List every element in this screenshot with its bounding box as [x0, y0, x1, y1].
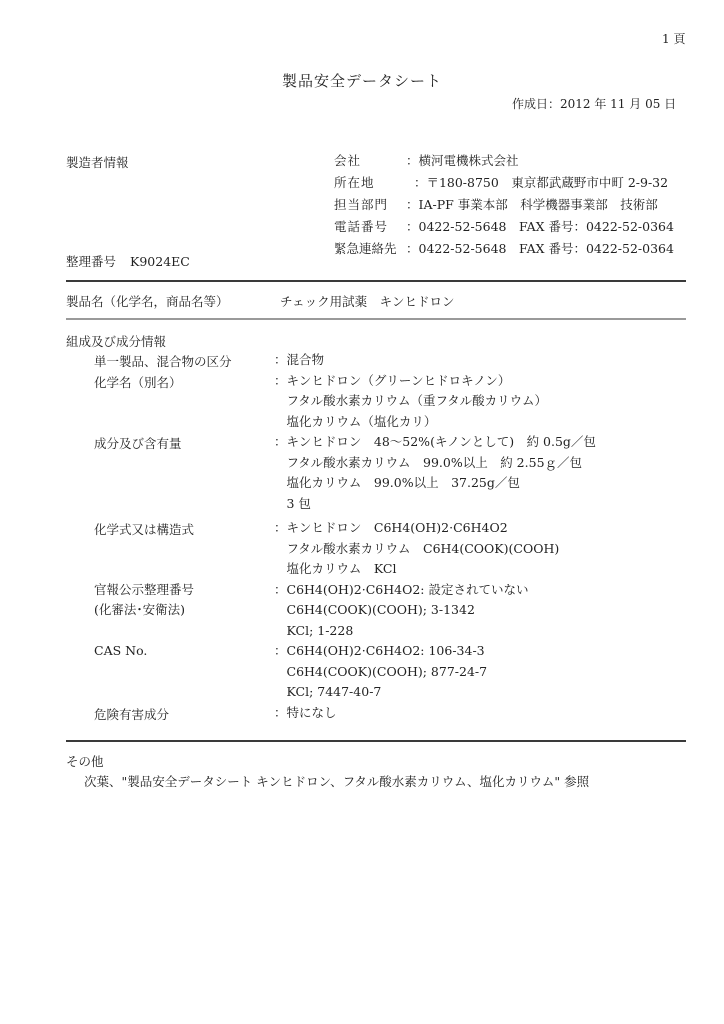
composition-key: 単一製品、混合物の区分 — [94, 352, 274, 373]
other-section-text: 次葉、"製品安全データシート キンヒドロン、フタル酸水素カリウム、塩化カリウム"… — [84, 772, 589, 790]
manufacturer-value: ：IA-PF 事業本部 科学機器事業部 技術部 — [406, 197, 658, 219]
composition-item-cas-number: CAS No. ：C6H4(OH)2·C6H4O2: 106-34-3 C6H4… — [94, 643, 596, 705]
product-name-row: 製品名（化学名，商品名等） チェック用試薬 キンヒドロン — [66, 292, 229, 310]
composition-value: ：C6H4(OH)2·C6H4O2: 設定されていない — [274, 582, 528, 603]
composition-item-classification: 単一製品、混合物の区分 ：混合物 — [94, 352, 596, 373]
manufacturer-info: 会社 ：横河電機株式会社 所在地 ：〒180-8750 東京都武蔵野市中町 2-… — [334, 153, 674, 263]
manufacturer-section-label: 製造者情報 — [66, 153, 129, 171]
composition-key: 危険有害成分 — [94, 705, 274, 726]
manufacturer-key: 担当部門 — [334, 197, 406, 219]
manufacturer-row-emergency: 緊急連絡先 ：0422-52-5648 FAX 番号：0422-52-0364 — [334, 241, 674, 263]
composition-value: 3 包 — [274, 496, 596, 517]
divider — [66, 740, 686, 742]
manufacturer-key: 電話番号 — [334, 219, 406, 241]
composition-value: フタル酸水素カリウム C6H4(COOK)(COOH) — [274, 541, 559, 562]
manufacturer-value: ：横河電機株式会社 — [406, 153, 519, 175]
composition-item-chemical-name: 化学名（別名） ：キンヒドロン（グリーンヒドロキノン） フタル酸水素カリウム（重… — [94, 373, 596, 435]
composition-value: フタル酸水素カリウム 99.0%以上 約 2.55ｇ／包 — [274, 455, 596, 476]
composition-value: 塩化カリウム KCl — [274, 561, 559, 582]
composition-value: ：キンヒドロン 48～52%(キノンとして) 約 0.5g／包 — [274, 434, 596, 455]
composition-value: C6H4(COOK)(COOH); 877-24-7 — [274, 664, 487, 685]
created-date: 作成日：2012 年 11 月 05 日 — [512, 95, 676, 112]
composition-key: CAS No. — [94, 643, 274, 705]
manufacturer-value: ：0422-52-5648 FAX 番号：0422-52-0364 — [406, 219, 674, 241]
composition-key: 化学式又は構造式 — [94, 520, 274, 582]
composition-value: ：混合物 — [274, 352, 324, 373]
composition-value: ：キンヒドロン C6H4(OH)2·C6H4O2 — [274, 520, 559, 541]
divider — [66, 280, 686, 282]
manufacturer-value: ：0422-52-5648 FAX 番号：0422-52-0364 — [406, 241, 674, 263]
reference-label: 整理番号 — [66, 254, 116, 269]
composition-value: ：C6H4(OH)2·C6H4O2: 106-34-3 — [274, 643, 487, 664]
manufacturer-row-address: 所在地 ：〒180-8750 東京都武蔵野市中町 2-9-32 — [334, 175, 674, 197]
reference-value: K9024EC — [130, 254, 190, 269]
composition-value: KCl; 1-228 — [274, 623, 528, 644]
manufacturer-row-phone: 電話番号 ：0422-52-5648 FAX 番号：0422-52-0364 — [334, 219, 674, 241]
product-value: チェック用試薬 キンヒドロン — [280, 292, 455, 310]
composition-value: 塩化カリウム（塩化カリ） — [274, 414, 547, 435]
composition-key-line: (化審法･安衛法) — [94, 602, 274, 623]
manufacturer-row-department: 担当部門 ：IA-PF 事業本部 科学機器事業部 技術部 — [334, 197, 674, 219]
product-label: 製品名（化学名，商品名等） — [66, 294, 229, 309]
composition-value: C6H4(COOK)(COOH); 3-1342 — [274, 602, 528, 623]
composition-value: フタル酸水素カリウム（重フタル酸カリウム） — [274, 393, 547, 414]
other-section-label: その他 — [66, 752, 104, 770]
composition-value: 塩化カリウム 99.0%以上 37.25g／包 — [274, 475, 596, 496]
manufacturer-row-company: 会社 ：横河電機株式会社 — [334, 153, 674, 175]
reference-number: 整理番号K9024EC — [66, 252, 190, 270]
composition-list: 単一製品、混合物の区分 ：混合物 化学名（別名） ：キンヒドロン（グリーンヒドロ… — [94, 352, 596, 725]
composition-item-content: 成分及び含有量 ：キンヒドロン 48～52%(キノンとして) 約 0.5g／包 … — [94, 434, 596, 516]
composition-section-label: 組成及び成分情報 — [66, 332, 166, 350]
composition-key: 化学名（別名） — [94, 373, 274, 435]
composition-item-hazardous: 危険有害成分 ：特になし — [94, 705, 596, 726]
composition-value: KCl; 7447-40-7 — [274, 684, 487, 705]
document-title: 製品安全データシート — [0, 70, 724, 91]
manufacturer-key: 緊急連絡先 — [334, 241, 406, 263]
manufacturer-value: ：〒180-8750 東京都武蔵野市中町 2-9-32 — [406, 175, 668, 197]
composition-key-line: 官報公示整理番号 — [94, 582, 274, 603]
composition-item-formula: 化学式又は構造式 ：キンヒドロン C6H4(OH)2·C6H4O2 フタル酸水素… — [94, 520, 596, 582]
composition-key: 成分及び含有量 — [94, 434, 274, 516]
manufacturer-key: 会社 — [334, 153, 406, 175]
composition-key: 官報公示整理番号 (化審法･安衛法) — [94, 582, 274, 644]
divider — [66, 318, 686, 320]
page-number: 1 頁 — [662, 30, 685, 47]
composition-item-gazette-number: 官報公示整理番号 (化審法･安衛法) ：C6H4(OH)2·C6H4O2: 設定… — [94, 582, 596, 644]
composition-value: ：特になし — [274, 705, 337, 726]
composition-value: ：キンヒドロン（グリーンヒドロキノン） — [274, 373, 547, 394]
manufacturer-key: 所在地 — [334, 175, 406, 197]
